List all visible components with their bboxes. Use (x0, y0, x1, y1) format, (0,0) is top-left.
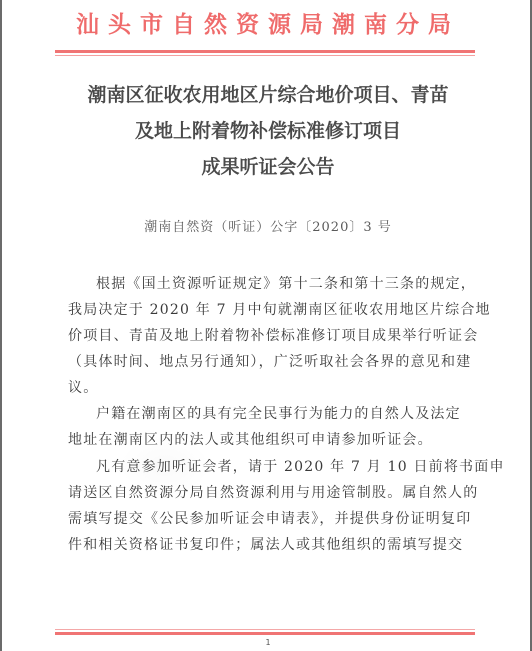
paragraph-3: 凡有意参加听证会者，请于 2020 年 7 月 10 日前将书面申 请送区自然资… (68, 454, 448, 558)
paragraph-line: 价项目、青苗及地上附着物补偿标准修订项目成果举行听证会 (68, 323, 448, 349)
document-title-line-3: 成果听证会公告 (2, 155, 532, 179)
footer-rule-thin (55, 629, 475, 630)
paragraph-line: 需填写提交《公民参加听证会申请表》，并提供身份证明复印 (68, 506, 448, 532)
paragraph-line: （具体时间、地点另行通知），广泛听取社会各界的意见和建 (68, 349, 448, 375)
paragraph-line: 凡有意参加听证会者，请于 2020 年 7 月 10 日前将书面申 (68, 454, 448, 480)
letterhead-org-name: 汕头市自然资源局潮南分局 (2, 10, 532, 40)
document-title-line-2: 及地上附着物补偿标准修订项目 (2, 119, 532, 143)
paragraph-line: 件和相关资格证书复印件；属法人或其他组织的需填写提交 (68, 532, 448, 558)
paragraph-line: 议。 (68, 375, 448, 401)
paragraph-1: 根据《国土资源听证规定》第十二条和第十三条的规定， 我局决定于 2020 年 7… (68, 271, 448, 401)
page-number: 1 (2, 638, 532, 648)
document-number: 潮南自然资（听证）公字〔2020〕3 号 (2, 218, 532, 238)
document-title-line-1: 潮南区征收农用地区片综合地价项目、青苗 (2, 83, 532, 107)
footer-rule-thick (55, 632, 475, 635)
paragraph-2: 户籍在潮南区的具有完全民事行为能力的自然人及法定 地址在潮南区内的法人或其他组织… (68, 401, 448, 453)
paragraph-line: 户籍在潮南区的具有完全民事行为能力的自然人及法定 (68, 401, 448, 427)
document-page: 汕头市自然资源局潮南分局 潮南区征收农用地区片综合地价项目、青苗 及地上附着物补… (0, 0, 532, 651)
paragraph-line: 我局决定于 2020 年 7 月中旬就潮南区征收农用地区片综合地 (68, 297, 448, 323)
letterhead-rule-thin (55, 55, 475, 56)
paragraph-line: 请送区自然资源分局自然资源利用与用途管制股。属自然人的 (68, 480, 448, 506)
paragraph-line: 地址在潮南区内的法人或其他组织可申请参加听证会。 (68, 427, 448, 453)
letterhead-rule-thick (55, 50, 475, 53)
paragraph-line: 根据《国土资源听证规定》第十二条和第十三条的规定， (68, 271, 448, 297)
